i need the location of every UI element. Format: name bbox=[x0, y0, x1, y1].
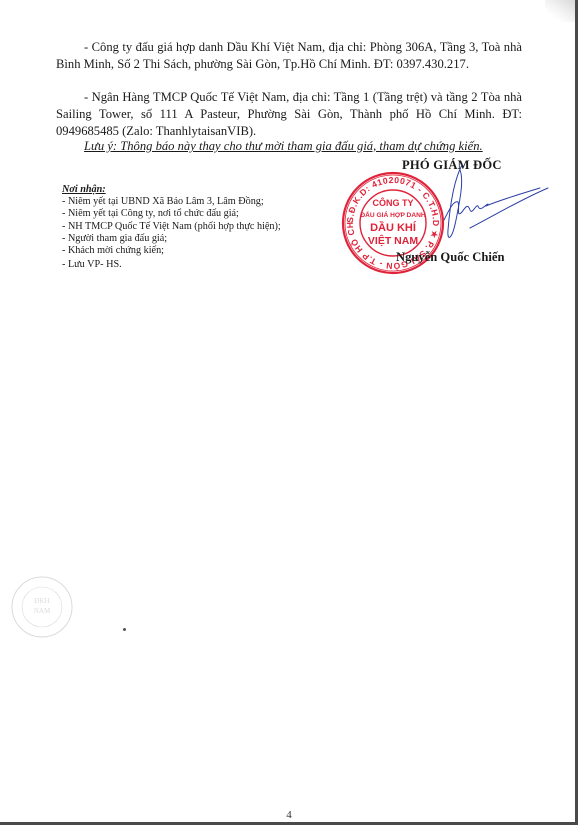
page-number: 4 bbox=[0, 809, 578, 821]
contact-paragraph-bank: - Ngân Hàng TMCP Quốc Tế Việt Nam, địa c… bbox=[56, 89, 522, 140]
recipient-item: - Niêm yết tại UBND Xã Bảo Lâm 3, Lâm Đồ… bbox=[62, 196, 281, 208]
svg-text:ĐẤU GIÁ HỢP DANH: ĐẤU GIÁ HỢP DANH bbox=[360, 209, 425, 219]
page-corner-fold bbox=[545, 0, 575, 22]
faded-seal-icon: ĐKH NAM bbox=[10, 575, 74, 639]
svg-text:NAM: NAM bbox=[34, 607, 51, 615]
signer-name: Nguyễn Quốc Chiến bbox=[396, 250, 504, 265]
svg-text:DẦU KHÍ: DẦU KHÍ bbox=[370, 221, 417, 234]
svg-text:ĐKH: ĐKH bbox=[34, 597, 49, 605]
note-text: Lưu ý: Thông báo này thay cho thư mời th… bbox=[84, 139, 483, 154]
handwritten-signature-icon bbox=[440, 160, 550, 260]
recipients-title: Nơi nhận: bbox=[62, 184, 281, 196]
recipient-item: - Khách mời chứng kiến; bbox=[62, 245, 281, 257]
svg-text:CÔNG TY: CÔNG TY bbox=[372, 197, 413, 208]
recipient-item: - Người tham gia đấu giá; bbox=[62, 233, 281, 245]
recipient-item: - Niêm yết tại Công ty, nơi tổ chức đấu … bbox=[62, 208, 281, 220]
recipients-list: Nơi nhận: - Niêm yết tại UBND Xã Bảo Lâm… bbox=[62, 184, 281, 271]
recipient-item: - Lưu VP- HS. bbox=[62, 259, 281, 271]
recipient-item: - NH TMCP Quốc Tế Việt Nam (phối hợp thự… bbox=[62, 221, 281, 233]
svg-text:VIỆT NAM: VIỆT NAM bbox=[368, 234, 418, 247]
contact-paragraph-auction-company: - Công ty đấu giá hợp danh Dầu Khí Việt … bbox=[56, 39, 522, 73]
scan-speck bbox=[123, 628, 126, 631]
